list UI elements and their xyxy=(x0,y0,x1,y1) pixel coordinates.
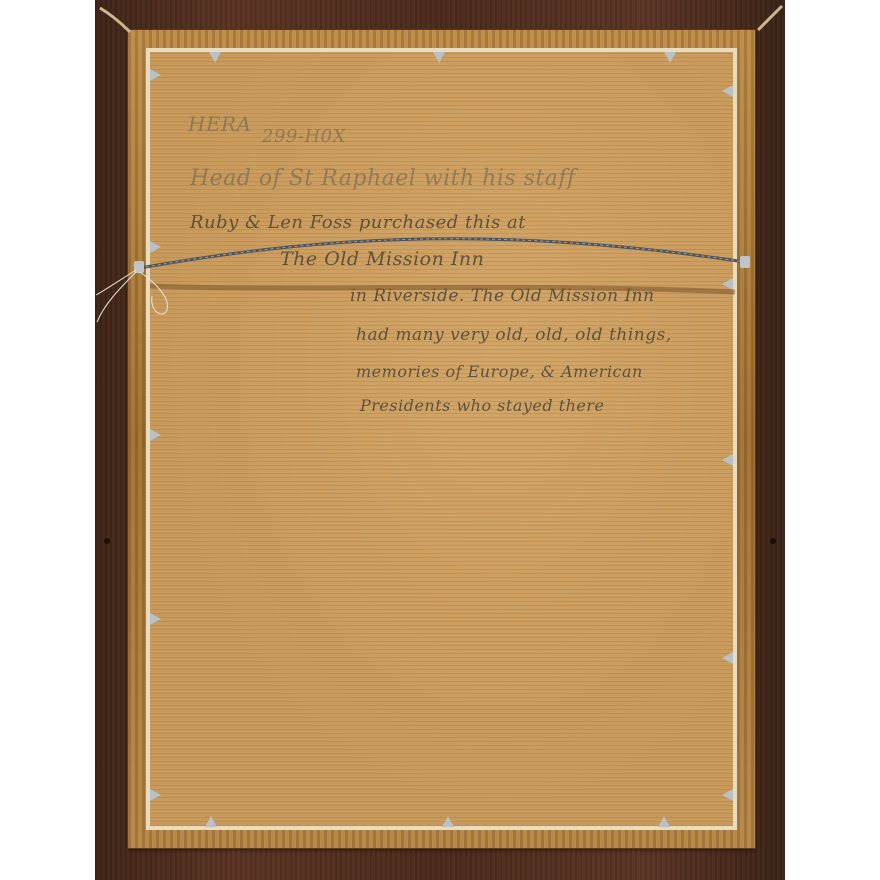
hanging-wire xyxy=(0,0,880,880)
